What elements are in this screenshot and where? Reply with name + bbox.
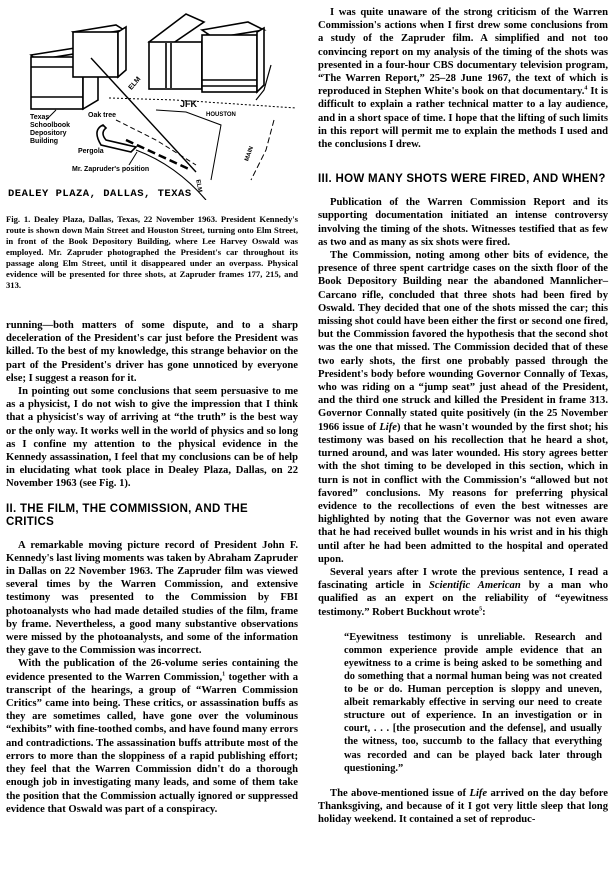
text-span: The Commission, noting among other bits … bbox=[318, 250, 608, 433]
figure-caption: Fig. 1. Dealey Plaza, Dallas, Texas, 22 … bbox=[6, 214, 298, 291]
left-paragraph-4: With the publication of the 26-volume se… bbox=[6, 657, 298, 815]
right-paragraph-4: Several years after I wrote the previous… bbox=[318, 566, 608, 619]
block-quote: “Eyewitness testimony is unreliable. Res… bbox=[344, 631, 602, 775]
right-paragraph-5: The above-mentioned issue of Life arrive… bbox=[318, 787, 608, 827]
right-column: I was quite unaware of the strong critic… bbox=[318, 6, 608, 826]
section-3-heading: III. HOW MANY SHOTS WERE FIRED, AND WHEN… bbox=[318, 173, 608, 186]
label-oak-tree: Oak tree bbox=[88, 112, 116, 120]
left-paragraph-2: In pointing out some conclusions that se… bbox=[6, 385, 298, 491]
dealey-plaza-figure: Texas Schoolbook Depository Building Oak… bbox=[6, 0, 298, 206]
right-paragraph-3: The Commission, noting among other bits … bbox=[318, 249, 608, 566]
quote-text: “Eyewitness testimony is unreliable. Res… bbox=[344, 631, 602, 775]
label-zapruder-position: Mr. Zapruder's position bbox=[72, 166, 149, 174]
dealey-plaza-map-illustration bbox=[6, 0, 298, 200]
left-column: Texas Schoolbook Depository Building Oak… bbox=[6, 0, 298, 816]
figure-title: DEALEY PLAZA, DALLAS, TEXAS bbox=[8, 188, 192, 200]
section-2-heading: II. THE FILM, THE COMMISSION, AND THE CR… bbox=[6, 503, 298, 529]
italic-life: Life bbox=[379, 422, 397, 433]
label-depository-building: Texas Schoolbook Depository Building bbox=[30, 114, 70, 146]
left-paragraph-3: A remarkable moving picture record of Pr… bbox=[6, 539, 298, 658]
left-paragraph-1: running—both matters of some dispute, an… bbox=[6, 319, 298, 385]
text-span: : bbox=[482, 607, 486, 618]
text-span: The above-mentioned issue of bbox=[330, 788, 469, 799]
right-paragraph-2: Publication of the Warren Commission Rep… bbox=[318, 196, 608, 249]
italic-life: Life bbox=[469, 788, 487, 799]
italic-scientific-american: Scientific American bbox=[429, 580, 521, 591]
text-span: together with a transcript of the hearin… bbox=[6, 672, 298, 815]
label-jfk: JFK bbox=[180, 100, 197, 108]
text-span: I was quite unaware of the strong critic… bbox=[318, 7, 608, 97]
label-pergola: Pergola bbox=[78, 148, 104, 156]
right-paragraph-1: I was quite unaware of the strong critic… bbox=[318, 6, 608, 151]
label-houston-street: HOUSTON bbox=[206, 111, 236, 119]
text-span: ) that he wasn't wounded by the first sh… bbox=[318, 422, 608, 565]
